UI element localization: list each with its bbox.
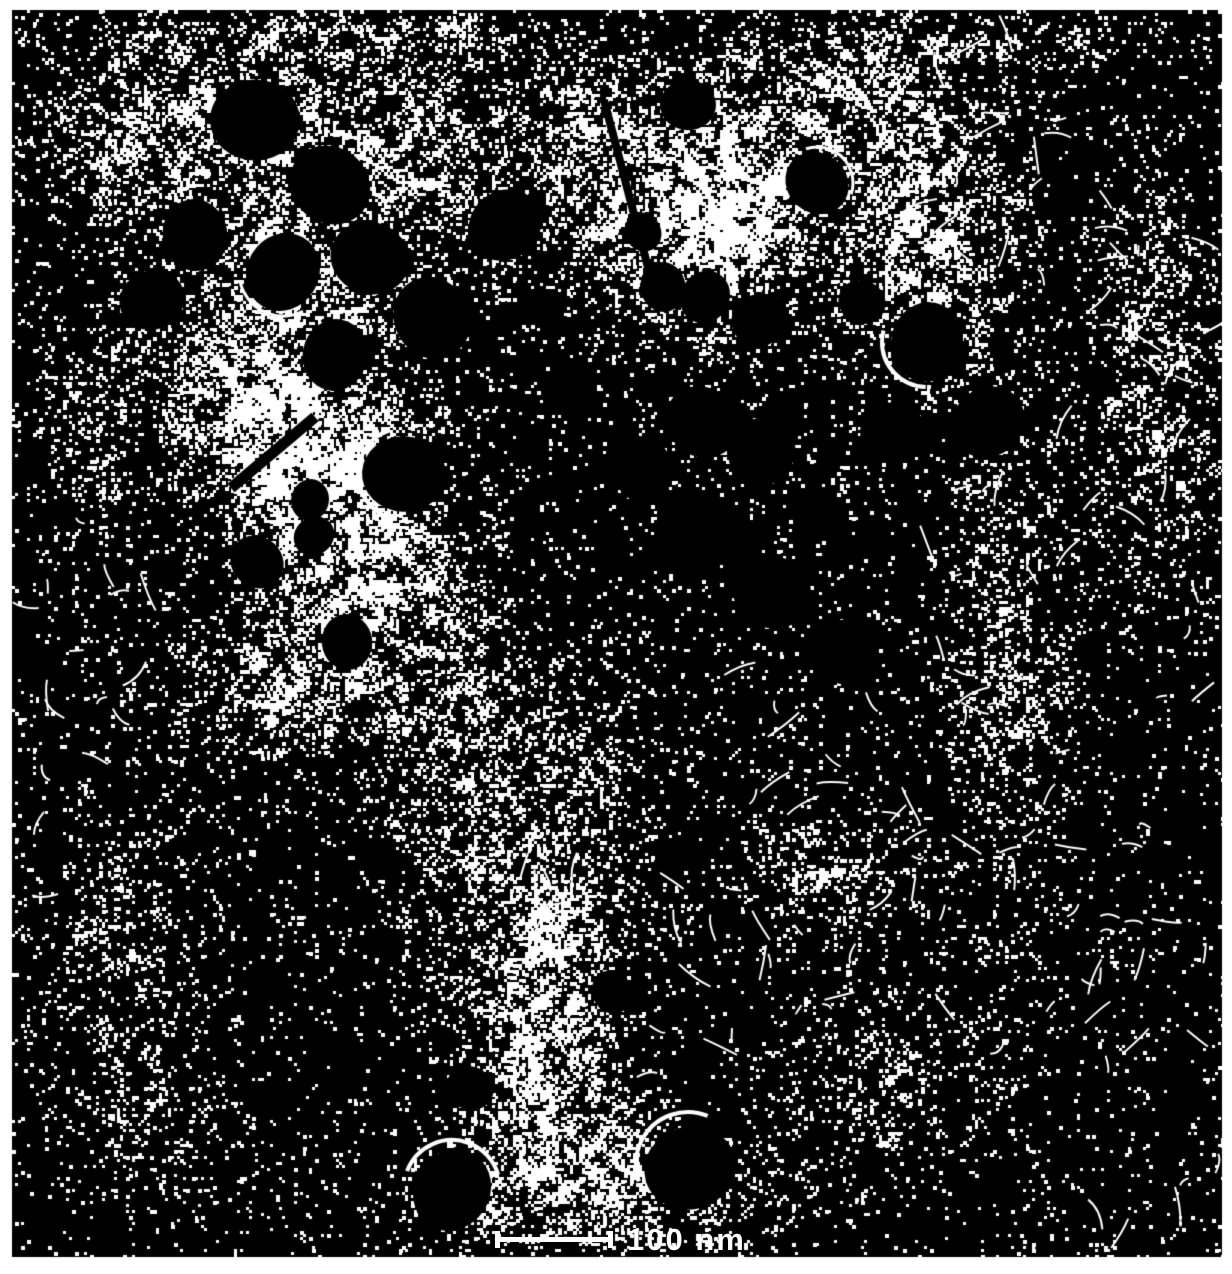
tem-micrograph-image (0, 0, 1232, 1274)
scale-bar-label: 100 nm (627, 1222, 746, 1258)
scale-bar-right-cap (608, 1231, 613, 1248)
scale-bar-line (495, 1237, 613, 1242)
tem-figure: 100 nm (0, 0, 1232, 1274)
scale-bar (495, 1231, 613, 1248)
